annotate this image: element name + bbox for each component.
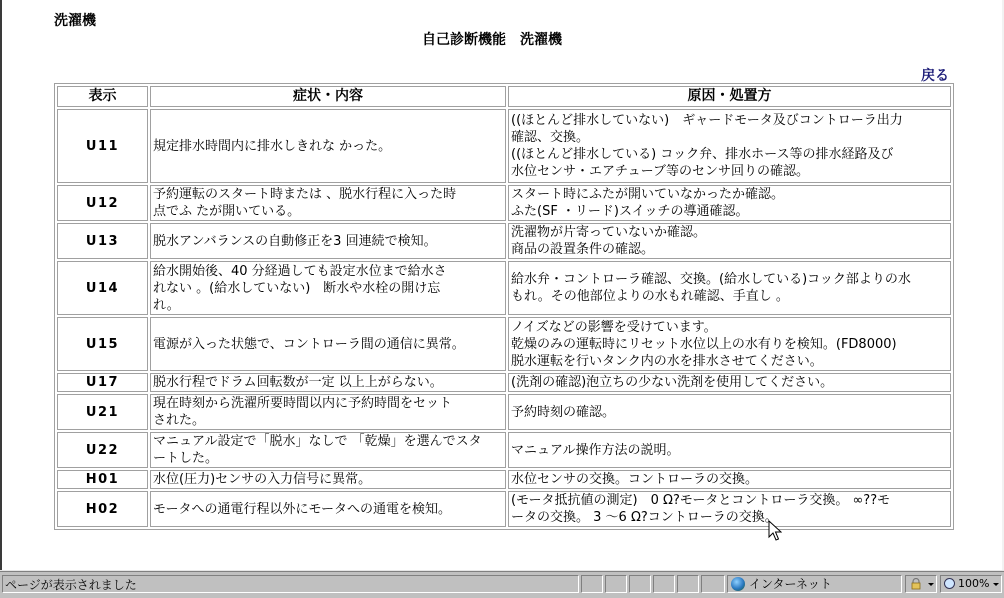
symptom-line: ートした。	[153, 450, 503, 467]
cause-cell: 水位センサの交換。コントローラの交換。	[508, 470, 951, 489]
cause-line: 乾燥のみの運転時にリセット水位以上の水有りを検知。(FD8000)	[511, 336, 948, 353]
zoom-icon	[944, 578, 955, 589]
error-code: H02	[57, 491, 148, 527]
symptom-cell: 現在時刻から洗濯所要時間以内に予約時間をセットされた。	[150, 394, 506, 430]
table-row: U21現在時刻から洗濯所要時間以内に予約時間をセットされた。予約時刻の確認。	[57, 394, 951, 430]
table-row: H02モータへの通電行程以外にモータへの通電を検知。(モータ抵抗値の測定) 0 …	[57, 491, 951, 527]
table-row: H01水位(圧力)センサの入力信号に異常。水位センサの交換。コントローラの交換。	[57, 470, 951, 489]
cause-line: 給水弁・コントローラ確認、交換。(給水している)コック部よりの水	[511, 271, 948, 288]
symptom-cell: 電源が入った状態で、コントローラ間の通信に異常。	[150, 317, 506, 371]
brand-heading: 洗濯機	[54, 10, 96, 30]
cause-line: ノイズなどの影響を受けています。	[511, 319, 948, 336]
table-header-row: 表示 症状・内容 原因・処置方	[57, 86, 951, 107]
table-row: U13脱水アンバランスの自動修正を3 回連続で検知。洗濯物が片寄っていないか確認…	[57, 223, 951, 259]
diagnostic-table: 表示 症状・内容 原因・処置方 U11規定排水時間内に排水しきれな かった。((…	[54, 83, 954, 530]
page-title-main: 自己診断機能	[422, 32, 506, 48]
cause-cell: ((ほとんど排水していない) ギャードモータ及びコントローラ出力確認、交換。((…	[508, 109, 951, 183]
chevron-down-icon	[993, 583, 999, 586]
cause-line: スタート時にふたが開いていなかったか確認。	[511, 186, 948, 203]
cause-line: 確認、交換。	[511, 129, 948, 146]
symptom-line: 電源が入った状態で、コントローラ間の通信に異常。	[153, 336, 503, 353]
cause-cell: 予約時刻の確認。	[508, 394, 951, 430]
cause-line: ータの交換。 3 ～6 Ω?コントローラの交換。	[511, 509, 948, 526]
table-row: U17脱水行程でドラム回転数が一定 以上上がらない。(洗剤の確認)泡立ちの少ない…	[57, 373, 951, 392]
back-link[interactable]: 戻る	[921, 65, 949, 85]
page-viewport: 洗濯機 自己診断機能洗濯機 戻る 表示 症状・内容 原因・処置方 U11規定排水…	[2, 0, 1002, 568]
symptom-line: 給水開始後、40 分経過しても設定水位まで給水さ	[153, 263, 503, 280]
cause-line: 商品の設置条件の確認。	[511, 241, 948, 258]
header-code: 表示	[57, 86, 148, 107]
symptom-cell: 予約運転のスタート時または 、脱水行程に入った時点でふ たが開いている。	[150, 185, 506, 221]
globe-icon	[731, 577, 745, 591]
cause-cell: 給水弁・コントローラ確認、交換。(給水している)コック部よりの水もれ。その他部位…	[508, 261, 951, 315]
error-code: U22	[57, 432, 148, 468]
page-title: 自己診断機能洗濯機	[422, 29, 562, 49]
cause-line: ((ほとんど排水している) コック弁、排水ホース等の排水経路及び	[511, 146, 948, 163]
symptom-cell: 給水開始後、40 分経過しても設定水位まで給水されない 。(給水していない) 断…	[150, 261, 506, 315]
symptom-cell: 規定排水時間内に排水しきれな かった。	[150, 109, 506, 183]
cause-cell: ノイズなどの影響を受けています。乾燥のみの運転時にリセット水位以上の水有りを検知…	[508, 317, 951, 371]
status-pane	[677, 575, 699, 593]
symptom-line: 脱水アンバランスの自動修正を3 回連続で検知。	[153, 233, 503, 250]
error-code: H01	[57, 470, 148, 489]
table-row: U12予約運転のスタート時または 、脱水行程に入った時点でふ たが開いている。ス…	[57, 185, 951, 221]
cause-cell: (洗剤の確認)泡立ちの少ない洗剤を使用してください。	[508, 373, 951, 392]
cause-line: ((ほとんど排水していない) ギャードモータ及びコントローラ出力	[511, 112, 948, 129]
error-code: U11	[57, 109, 148, 183]
error-code: U12	[57, 185, 148, 221]
symptom-line: れ。	[153, 297, 503, 314]
symptom-line: マニュアル設定で「脱水」なしで 「乾燥」を選んでスタ	[153, 433, 503, 450]
table-row: U14給水開始後、40 分経過しても設定水位まで給水されない 。(給水していない…	[57, 261, 951, 315]
cause-cell: 洗濯物が片寄っていないか確認。商品の設置条件の確認。	[508, 223, 951, 259]
status-pane	[653, 575, 675, 593]
symptom-line: 点でふ たが開いている。	[153, 203, 503, 220]
cause-line: ふた(SF ・リード)スイッチの導通確認。	[511, 203, 948, 220]
status-pane	[629, 575, 651, 593]
error-code: U21	[57, 394, 148, 430]
cause-line: (洗剤の確認)泡立ちの少ない洗剤を使用してください。	[511, 374, 948, 391]
status-bar: ページが表示されました インターネット 100%	[0, 570, 1004, 598]
cause-line: マニュアル操作方法の説明。	[511, 442, 948, 459]
error-code: U14	[57, 261, 148, 315]
status-text: ページが表示されました	[2, 575, 579, 593]
status-pane	[605, 575, 627, 593]
protected-mode-button[interactable]	[905, 575, 937, 593]
cause-cell: スタート時にふたが開いていなかったか確認。ふた(SF ・リード)スイッチの導通確…	[508, 185, 951, 221]
symptom-cell: モータへの通電行程以外にモータへの通電を検知。	[150, 491, 506, 527]
symptom-line: 脱水行程でドラム回転数が一定 以上上がらない。	[153, 374, 503, 391]
protected-mode-icon	[911, 578, 921, 590]
status-pane	[701, 575, 725, 593]
cause-line: もれ。その他部位よりの水もれ確認、手直し 。	[511, 288, 948, 305]
cause-line: 水位センサの交換。コントローラの交換。	[511, 471, 948, 488]
symptom-cell: 脱水アンバランスの自動修正を3 回連続で検知。	[150, 223, 506, 259]
cause-cell: マニュアル操作方法の説明。	[508, 432, 951, 468]
zone-label: インターネット	[749, 577, 832, 591]
cause-line: 水位センサ・エアチューブ等のセンサ回りの確認。	[511, 163, 948, 180]
symptom-line: 水位(圧力)センサの入力信号に異常。	[153, 471, 503, 488]
page-title-sub: 洗濯機	[520, 32, 562, 48]
symptom-line: れない 。(給水していない) 断水や水栓の開け忘	[153, 280, 503, 297]
symptom-cell: マニュアル設定で「脱水」なしで 「乾燥」を選んでスタートした。	[150, 432, 506, 468]
status-pane	[581, 575, 603, 593]
symptom-line: 規定排水時間内に排水しきれな かった。	[153, 138, 503, 155]
symptom-line: 予約運転のスタート時または 、脱水行程に入った時	[153, 186, 503, 203]
cause-cell: (モータ抵抗値の測定) 0 Ω?モータとコントローラ交換。 ∞??モータの交換。…	[508, 491, 951, 527]
cause-line: 脱水運転を行いタンク内の水を排水させてください。	[511, 353, 948, 370]
error-code: U13	[57, 223, 148, 259]
cause-line: 予約時刻の確認。	[511, 404, 948, 421]
chevron-down-icon	[928, 583, 934, 586]
table-row: U15電源が入った状態で、コントローラ間の通信に異常。ノイズなどの影響を受けてい…	[57, 317, 951, 371]
zoom-level-button[interactable]: 100%	[940, 575, 1002, 593]
zoom-level: 100%	[958, 577, 989, 590]
symptom-line: モータへの通電行程以外にモータへの通電を検知。	[153, 501, 503, 518]
symptom-line: された。	[153, 412, 503, 429]
cause-line: (モータ抵抗値の測定) 0 Ω?モータとコントローラ交換。 ∞??モ	[511, 492, 948, 509]
symptom-line: 現在時刻から洗濯所要時間以内に予約時間をセット	[153, 395, 503, 412]
table-row: U11規定排水時間内に排水しきれな かった。((ほとんど排水していない) ギャー…	[57, 109, 951, 183]
symptom-cell: 脱水行程でドラム回転数が一定 以上上がらない。	[150, 373, 506, 392]
header-cause: 原因・処置方	[508, 86, 951, 107]
cause-line: 洗濯物が片寄っていないか確認。	[511, 224, 948, 241]
security-zone[interactable]: インターネット	[727, 575, 902, 593]
error-code: U17	[57, 373, 148, 392]
table-row: U22マニュアル設定で「脱水」なしで 「乾燥」を選んでスタートした。マニュアル操…	[57, 432, 951, 468]
error-code: U15	[57, 317, 148, 371]
header-symptom: 症状・内容	[150, 86, 506, 107]
symptom-cell: 水位(圧力)センサの入力信号に異常。	[150, 470, 506, 489]
